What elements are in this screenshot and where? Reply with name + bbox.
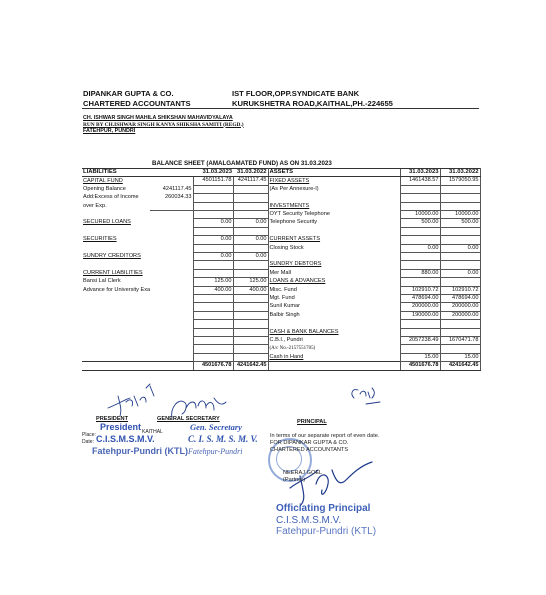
officiating-principal-stamp: Officiating Principal C.I.S.M.S.M.V. Fat… (276, 503, 376, 538)
partner-name: NEERAJ GOEL (283, 470, 322, 477)
officiating-title: Officiating Principal (276, 503, 376, 515)
date-label: Date: (82, 439, 94, 445)
principal-signature (352, 388, 380, 404)
auditor-block: In terms of our separate report of even … (270, 433, 379, 455)
auditor-note: In terms of our separate report of even … (270, 433, 379, 440)
gen-secretary-signature (172, 398, 226, 418)
place-label: Place: (82, 432, 96, 438)
partner-role: (Partner) (283, 477, 322, 484)
org-location-2: Fatehpur-Pundri (188, 447, 243, 456)
place-date-block: Place: Date: (82, 432, 96, 446)
officiating-org: C.I.S.M.S.M.V. (276, 515, 376, 527)
handwritten-signatures (0, 0, 546, 595)
partner-block: NEERAJ GOEL (Partner) (283, 470, 322, 484)
org-stamp-1: C.I.S.M.S.M.V. (96, 434, 155, 444)
president-stamp: President (100, 422, 141, 432)
auditor-firm: FOR DIPANKAR GUPTA & CO. (270, 440, 379, 447)
org-location-1: Fatehpur-Pundri (KTL) (92, 446, 188, 456)
gen-secretary-stamp: Gen. Secretary (190, 422, 242, 432)
president-signature (108, 396, 146, 416)
principal-label: PRINCIPAL (297, 419, 327, 425)
officiating-location: Fatehpur-Pundri (KTL) (276, 526, 376, 538)
auditor-title: CHARTERED ACCOUNTANTS (270, 447, 379, 454)
org-stamp-2: C. I. S. M. S. M. V. (188, 434, 258, 444)
